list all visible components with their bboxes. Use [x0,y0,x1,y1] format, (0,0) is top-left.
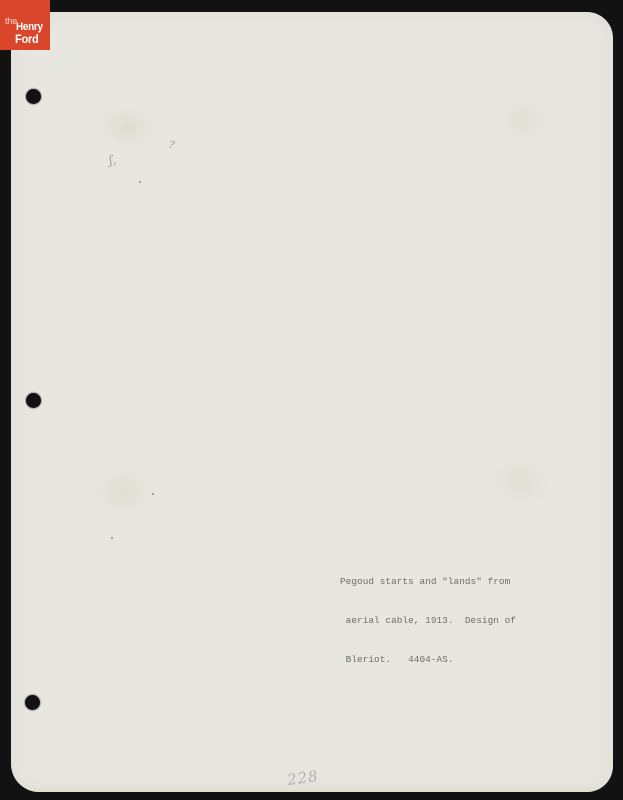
pencil-mark: ʃ, [108,152,117,167]
typed-caption: Pegoud starts and "lands" from aerial ca… [340,549,516,692]
handwritten-page-number: 228 [286,767,320,789]
hole-punch [26,393,41,408]
speck [111,537,113,539]
hole-punch [26,89,41,104]
document-card: ʃ, ? Pegoud starts and "lands" from aeri… [11,12,613,792]
henry-ford-logo: the Henry Ford [0,0,50,50]
pencil-mark: ? [168,140,175,152]
caption-line: Pegoud starts and "lands" from [340,575,516,588]
caption-line: Bleriot. 4404-AS. [340,653,516,666]
speck [139,181,141,183]
hole-punch [25,695,40,710]
caption-line: aerial cable, 1913. Design of [340,614,516,627]
scan-background: ʃ, ? Pegoud starts and "lands" from aeri… [0,0,623,800]
logo-text-ford: Ford [15,33,38,45]
speck [152,493,154,495]
